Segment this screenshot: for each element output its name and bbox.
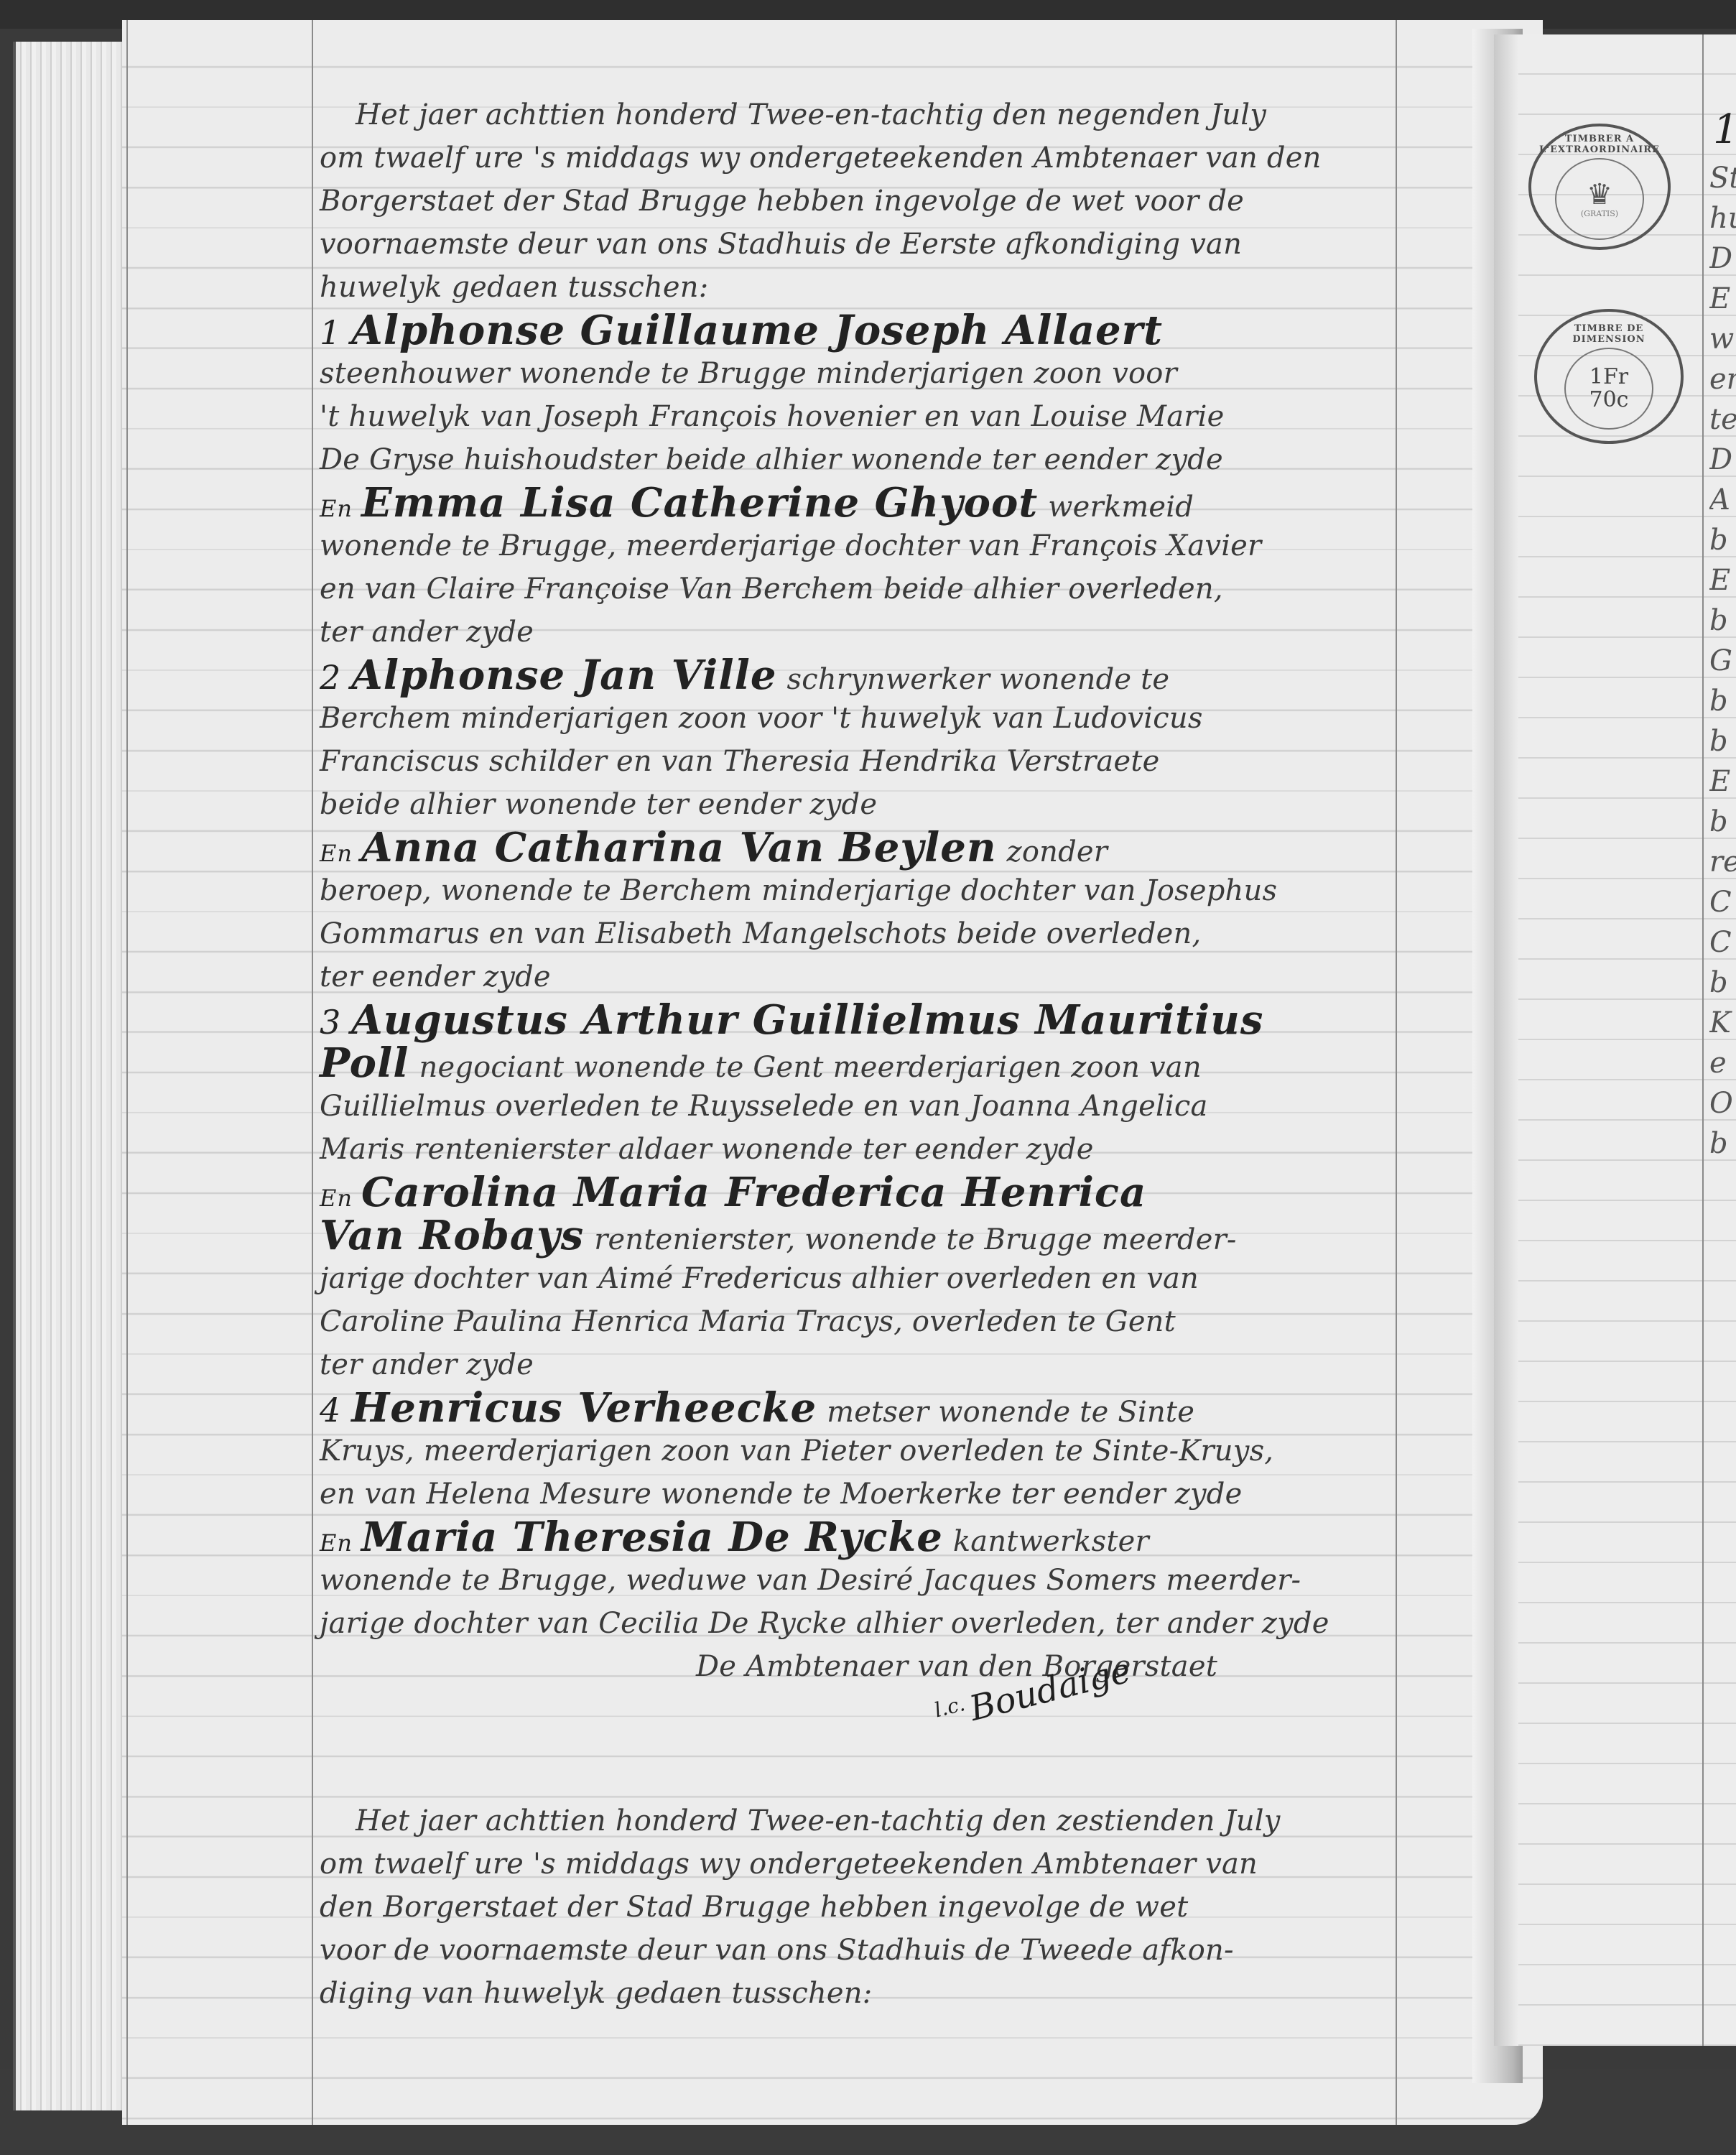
stamp-wreath: 1Fr 70c: [1564, 348, 1653, 430]
bride-name: Emma Lisa Catherine Ghyoot: [361, 479, 1038, 527]
bride-occupation: rentenierster, wonende te Brugge meerder…: [594, 1223, 1236, 1256]
bride-detail: beroep, wonende te Berchem minderjarige …: [320, 869, 1404, 912]
cut-glyph: K: [1709, 1003, 1736, 1043]
cut-glyph: e: [1709, 1043, 1736, 1083]
groom-detail: beide alhier wonende ter eender zyde: [320, 783, 1404, 826]
stamp-value-centimes: 70c: [1589, 389, 1629, 412]
margin-rule: [126, 20, 128, 2125]
groom-detail: Kruys, meerderjarigen zoon van Pieter ov…: [320, 1429, 1404, 1473]
bride-name: Maria Theresia De Rycke: [361, 1514, 943, 1561]
cut-glyph: St: [1709, 158, 1736, 198]
cut-glyph: b: [1709, 963, 1736, 1003]
cut-glyph: O: [1709, 1083, 1736, 1123]
bride-detail: Caroline Paulina Henrica Maria Tracys, o…: [320, 1300, 1404, 1343]
stamp-bottom-text: (GRATIS): [1581, 209, 1618, 218]
cut-glyph: E: [1709, 279, 1736, 319]
intro-line: Borgerstaet der Stad Brugge hebben ingev…: [320, 180, 1404, 223]
stamp-ring-text: TIMBRER A L'EXTRAORDINAIRE: [1531, 134, 1668, 155]
groom-name: Augustus Arthur Guillielmus Mauritius: [351, 996, 1263, 1044]
groom-detail: Berchem minderjarigen zoon voor 't huwel…: [320, 697, 1404, 740]
signature-prefix: l.c.: [932, 1692, 967, 1722]
en-label: En: [320, 1529, 353, 1557]
couple-3-bride-cont: Van Robaysrentenierster, wonende te Brug…: [320, 1214, 1404, 1257]
intro-line: huwelyk gedaen tusschen:: [320, 266, 1404, 309]
cut-glyph: A: [1709, 480, 1736, 520]
cut-glyph: E: [1709, 560, 1736, 601]
cut-glyph: G: [1709, 641, 1736, 681]
couple-3-groom: 3Augustus Arthur Guillielmus Mauritius: [320, 998, 1404, 1042]
stamp-ring-text: TIMBRE DE DIMENSION: [1537, 323, 1681, 345]
cut-glyph: E: [1709, 761, 1736, 802]
couple-2-bride: EnAnna Catharina Van Beylenzonder: [320, 826, 1404, 869]
couple-3-bride: EnCarolina Maria Frederica Henrica: [320, 1171, 1404, 1214]
margin-rule: [1702, 34, 1704, 2046]
cut-glyph: b: [1709, 1123, 1736, 1164]
gutter-shade: [1494, 34, 1518, 2046]
groom-occupation: metser wonende te Sinte: [827, 1396, 1194, 1429]
bride-name: Carolina Maria Frederica Henrica: [361, 1169, 1146, 1216]
cut-glyph: en: [1709, 359, 1736, 399]
bride-detail: wonende te Brugge, meerderjarige dochter…: [320, 524, 1404, 567]
registrar-closing: De Ambtenaer van den Borgerstaet: [320, 1645, 1404, 1688]
bride-detail: ter eender zyde: [320, 955, 1404, 998]
bride-occupation: werkmeid: [1048, 491, 1194, 524]
bride-detail: en van Claire Françoise Van Berchem beid…: [320, 567, 1404, 611]
margin-rule: [312, 20, 313, 2125]
crowned-lion-icon: ♛: [1587, 180, 1612, 209]
page-number: 1: [1713, 106, 1736, 153]
en-label: En: [320, 840, 353, 867]
cut-glyph: D: [1709, 238, 1736, 279]
couple-3-groom-cont: Pollnegociant wonende te Gent meerderjar…: [320, 1042, 1404, 1085]
entry-1: Het jaer achttien honderd Twee-en-tachti…: [320, 93, 1404, 1688]
groom-detail: 't huwelyk van Joseph François hovenier …: [320, 395, 1404, 438]
groom-detail: Franciscus schilder en van Theresia Hend…: [320, 740, 1404, 783]
bride-occupation: zonder: [1007, 835, 1108, 868]
intro-line: om twaelf ure 's middags wy ondergeteeke…: [320, 136, 1404, 180]
bride-surname: Van Robays: [320, 1212, 584, 1259]
couple-1-bride: EnEmma Lisa Catherine Ghyootwerkmeid: [320, 481, 1404, 524]
cut-glyph: hu: [1709, 198, 1736, 238]
intro-line: voornaemste deur van ons Stadhuis de Eer…: [320, 223, 1404, 266]
couple-number: 1: [320, 313, 341, 352]
couple-number: 3: [320, 1003, 341, 1042]
cut-glyph: D: [1709, 440, 1736, 480]
cut-glyph: b: [1709, 802, 1736, 842]
couple-1-groom: 1Alphonse Guillaume Joseph Allaert: [320, 309, 1404, 352]
cut-glyph: C: [1709, 922, 1736, 963]
cut-glyph: re: [1709, 842, 1736, 882]
couple-2-groom: 2Alphonse Jan Villeschrynwerker wonende …: [320, 654, 1404, 697]
en-label: En: [320, 1185, 353, 1212]
en-label: En: [320, 495, 353, 522]
cut-glyph: b: [1709, 721, 1736, 761]
entry-2-line: om twaelf ure 's middags wy ondergeteeke…: [320, 1843, 1404, 1886]
groom-name: Henricus Verheecke: [351, 1384, 817, 1432]
bride-detail: jarige dochter van Aimé Fredericus alhie…: [320, 1257, 1404, 1300]
bride-name: Anna Catharina Van Beylen: [361, 824, 997, 871]
groom-detail: Guillielmus overleden te Ruysselede en v…: [320, 1085, 1404, 1128]
bride-detail: ter ander zyde: [320, 1343, 1404, 1386]
groom-name: Alphonse Guillaume Joseph Allaert: [351, 307, 1163, 354]
intro-line: Het jaer achttien honderd Twee-en-tachti…: [320, 93, 1404, 136]
bride-occupation: kantwerkster: [953, 1525, 1149, 1558]
entry-2: Het jaer achttien honderd Twee-en-tachti…: [320, 1799, 1404, 2015]
groom-detail: steenhouwer wonende te Brugge minderjari…: [320, 352, 1404, 395]
couple-number: 4: [320, 1391, 341, 1429]
tax-stamp-extraordinaire: TIMBRER A L'EXTRAORDINAIRE ♛ (GRATIS): [1528, 124, 1671, 250]
groom-occupation: negociant wonende te Gent meerderjarigen…: [419, 1051, 1202, 1084]
cut-glyph: b: [1709, 681, 1736, 721]
groom-name: Alphonse Jan Ville: [351, 652, 776, 699]
stamp-inner-ring: ♛ (GRATIS): [1555, 158, 1644, 240]
groom-detail: De Gryse huishoudster beide alhier wonen…: [320, 438, 1404, 481]
cut-glyph: w: [1709, 319, 1736, 359]
bride-detail: Gommarus en van Elisabeth Mangelschots b…: [320, 912, 1404, 955]
cut-glyph: b: [1709, 601, 1736, 641]
couple-4-bride: EnMaria Theresia De Ryckekantwerkster: [320, 1516, 1404, 1559]
page-stack-edges: [13, 42, 124, 2110]
bride-detail: wonende te Brugge, weduwe van Desiré Jac…: [320, 1559, 1404, 1602]
entry-2-line: diging van huwelyk gedaen tusschen:: [320, 1972, 1404, 2015]
couple-4-groom: 4Henricus Verheeckemetser wonende te Sin…: [320, 1386, 1404, 1429]
groom-occupation: schrynwerker wonende te: [787, 663, 1170, 696]
bride-detail: jarige dochter van Cecilia De Rycke alhi…: [320, 1602, 1404, 1645]
cut-glyph: C: [1709, 882, 1736, 922]
stamp-value-francs: 1Fr: [1589, 366, 1628, 389]
couple-number: 2: [320, 658, 341, 697]
bride-detail: ter ander zyde: [320, 611, 1404, 654]
groom-detail: Maris rentenierster aldaer wonende ter e…: [320, 1128, 1404, 1171]
cut-glyph: te: [1709, 399, 1736, 440]
entry-2-line: den Borgerstaet der Stad Brugge hebben i…: [320, 1886, 1404, 1929]
tax-stamp-dimension: TIMBRE DE DIMENSION 1Fr 70c: [1534, 309, 1684, 444]
cut-glyph: b: [1709, 520, 1736, 560]
groom-surname: Poll: [320, 1039, 409, 1087]
right-page-cut-text: St hu D E w en te D A b E b G b b E b re…: [1709, 158, 1736, 1164]
entry-2-line: Het jaer achttien honderd Twee-en-tachti…: [320, 1799, 1404, 1843]
entry-2-line: voor de voornaemste deur van ons Stadhui…: [320, 1929, 1404, 1972]
groom-detail: en van Helena Mesure wonende te Moerkerk…: [320, 1473, 1404, 1516]
